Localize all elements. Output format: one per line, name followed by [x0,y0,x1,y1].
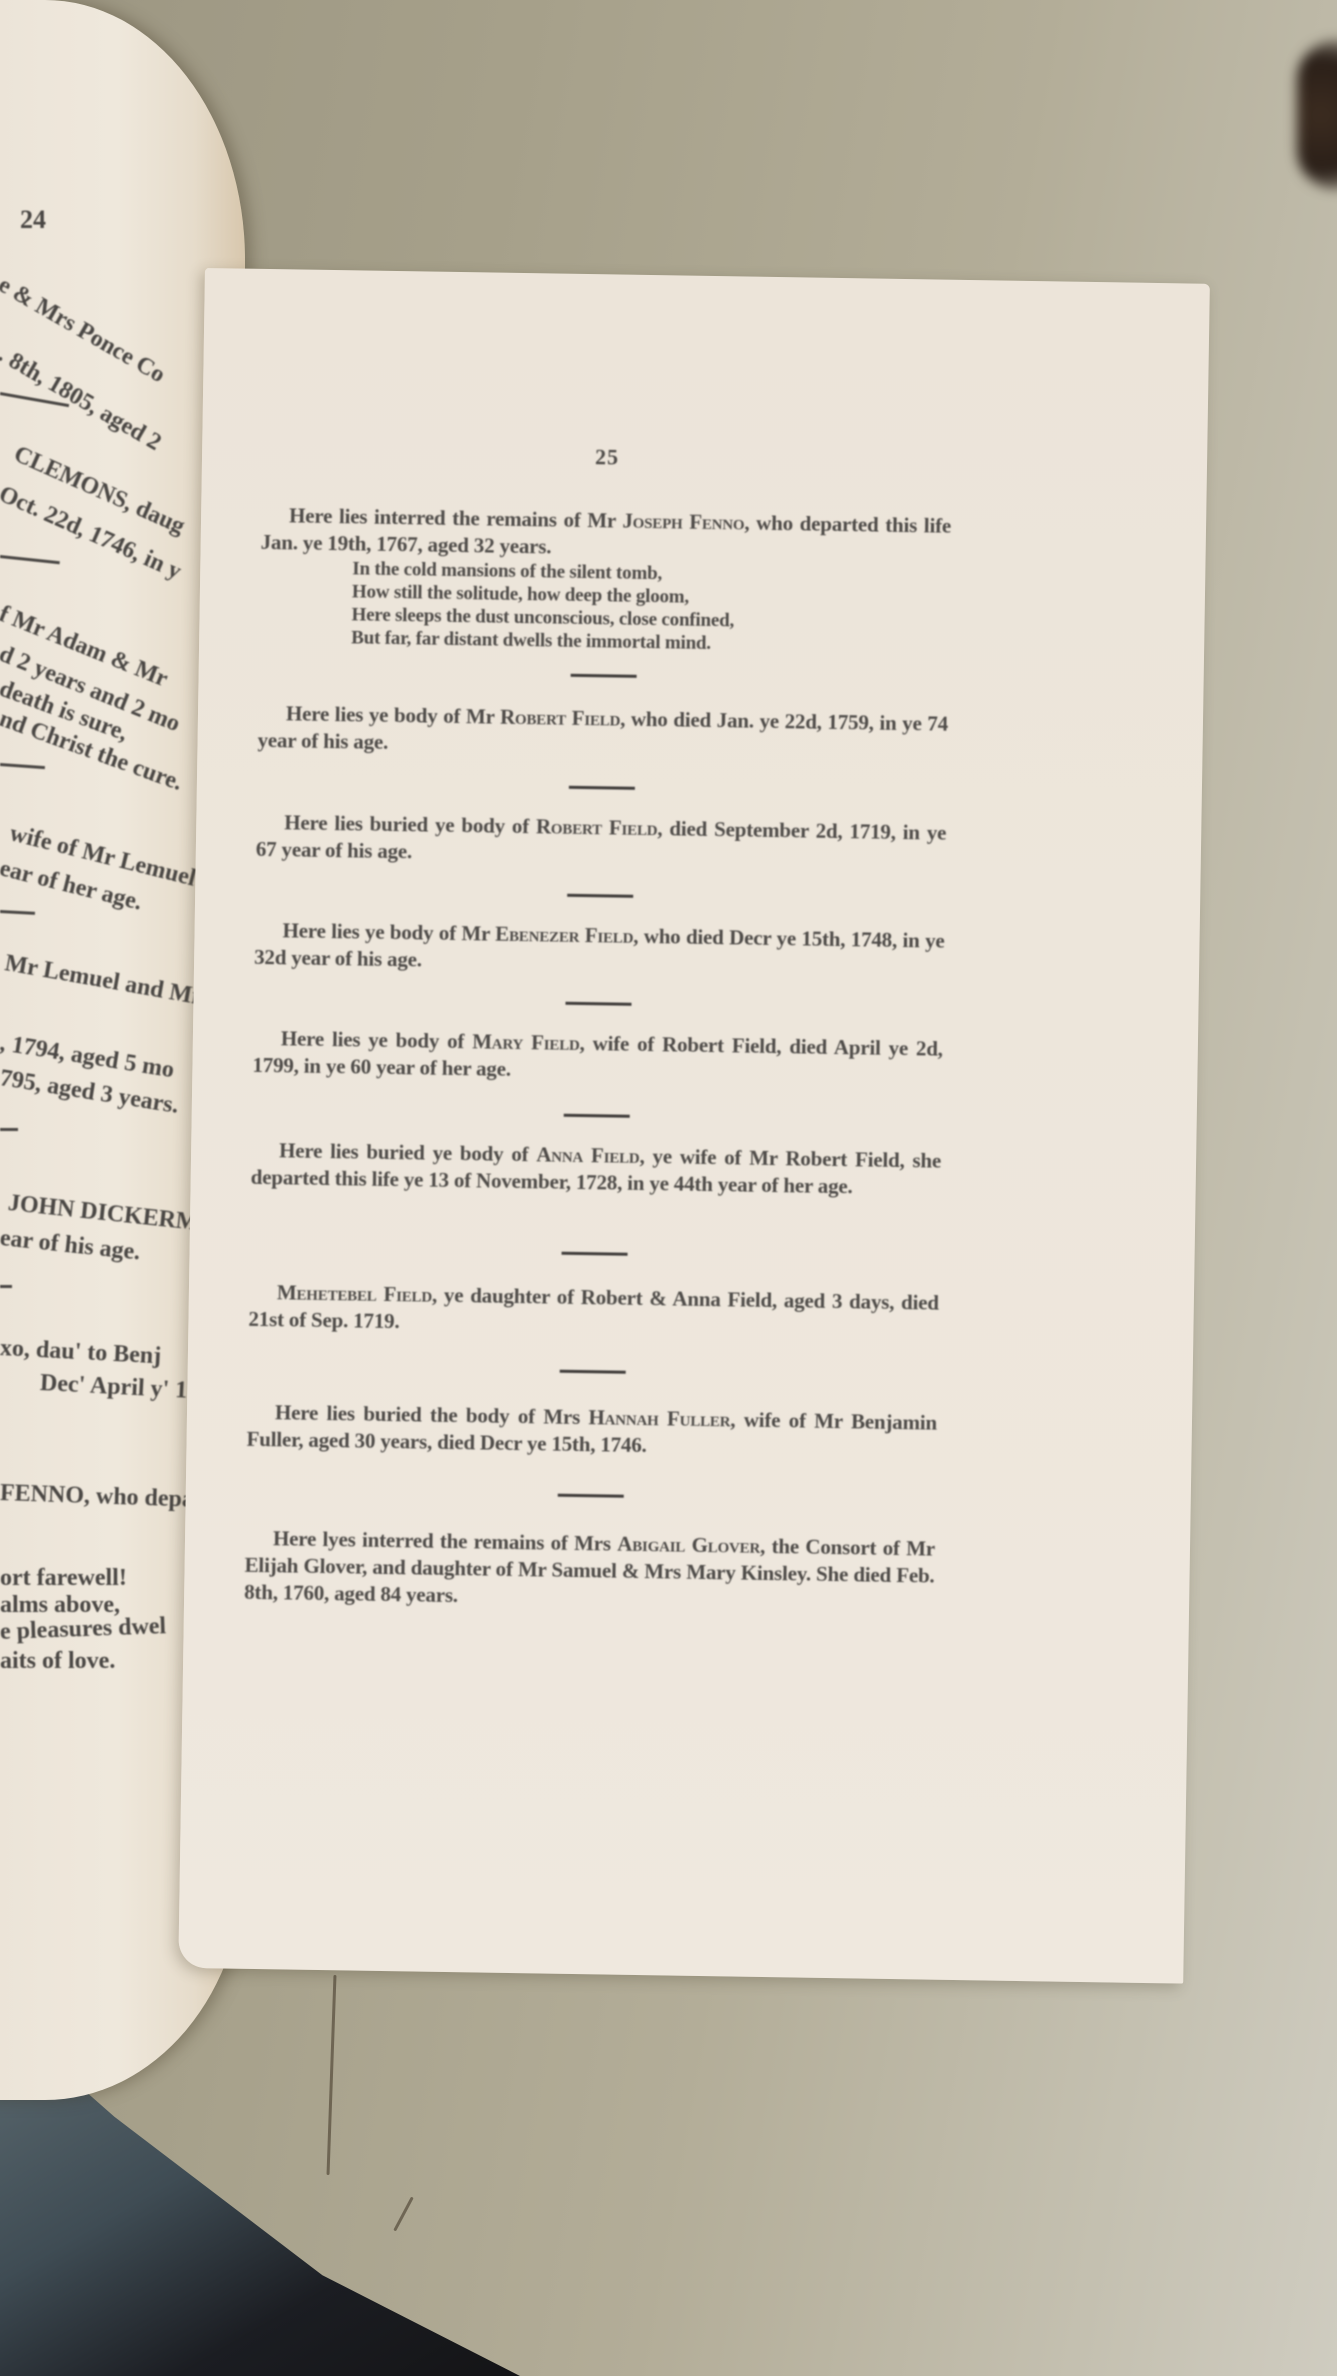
person-name: Anna Field [536,1142,640,1168]
epitaph-entry: Here lies buried ye body of Robert Field… [256,809,947,874]
right-page: 25 Here lies interred the remains of Mr … [178,268,1210,1984]
epitaph-entry: Here lies buried ye body of Anna Field, … [251,1137,942,1202]
epitaph-entry: Here lies ye body of Mr Robert Field, wh… [257,700,948,765]
left-page-text-fragment: Mr Lemuel and Mrs [3,950,214,1013]
person-name: Mehetebel Field [277,1280,432,1306]
person-name: Ebenezer Field [495,922,633,948]
epitaph-entry: Here lies buried the body of Mrs Hannah … [246,1399,937,1464]
left-page-number: 24 [20,205,46,235]
dark-object-top-right [1297,40,1337,190]
right-page-content: 25 Here lies interred the remains of Mr … [265,269,955,280]
epitaph-text: Here lies ye body of Mr Robert Field, wh… [257,700,948,765]
epitaph-text-segment: Here lies ye body of Mr [282,918,495,945]
left-page-text-fragment: ort farewell! [0,1565,127,1592]
epitaph-text-segment: Here lyes interred the remains of Mrs [273,1526,618,1555]
separator-rule [565,1002,631,1006]
epitaph-text-segment: Here lies interred the remains of Mr [289,503,623,532]
epitaph-text: Here lies buried the body of Mrs Hannah … [246,1399,937,1464]
left-page-separator-rule [0,1128,18,1131]
left-page-separator-rule [0,555,60,564]
epitaph-text-segment: Here lies buried ye body of [284,810,536,838]
epitaph-entry: Here lyes interred the remains of Mrs Ab… [244,1525,935,1617]
epitaph-entry: Here lies ye body of Mary Field, wife of… [252,1025,943,1090]
epitaph-text: Mehetebel Field, ye daughter of Robert &… [248,1279,939,1344]
epitaph-text: Here lies buried ye body of Anna Field, … [251,1137,942,1202]
epitaph-entry: Here lies ye body of Mr Ebenezer Field, … [254,917,945,982]
right-page-number: 25 [262,439,952,476]
separator-rule [558,1494,624,1498]
epitaph-verse: In the cold mansions of the silent tomb,… [351,557,950,658]
person-name: Hannah Fuller [588,1405,730,1431]
epitaph-text: Here lyes interred the remains of Mrs Ab… [244,1525,935,1617]
left-page-text-fragment: e pleasures dwel [0,1613,167,1646]
epitaph-entry: Here lies interred the remains of Mr Jos… [259,502,951,659]
epitaph-text: Here lies buried ye body of Robert Field… [256,809,947,874]
left-page-separator-rule [0,910,35,915]
person-name: Mary Field [472,1029,580,1055]
left-page-separator-rule [0,763,45,769]
epitaph-text-segment: Here lies ye body of [281,1026,473,1053]
person-name: Robert Field [536,814,658,840]
left-page-separator-rule [0,1285,12,1288]
separator-rule [571,674,637,678]
left-page-text-fragment: aits of love. [0,1648,115,1675]
left-page-text-fragment: ear of his age. [0,1225,142,1267]
left-page-text-fragment: FENNO, who depa [0,1480,194,1514]
left-page-text-fragment: xo, dau' to Benj [0,1335,162,1370]
epitaph-text: Here lies ye body of Mr Ebenezer Field, … [254,917,945,982]
separator-rule [569,786,635,790]
epitaph-text-segment: Here lies buried the body of Mrs [275,1400,589,1429]
person-name: Abigail Glover [617,1532,760,1558]
surface-scratch [327,1975,337,2175]
epitaph-text-segment: Here lies buried ye body of [279,1138,537,1166]
separator-rule [560,1370,626,1374]
person-name: Robert Field [500,705,621,731]
person-name: Joseph Fenno [622,509,744,535]
separator-rule [567,894,633,898]
surface-scratch [393,2197,413,2232]
separator-rule [564,1114,630,1118]
epitaph-entry: Mehetebel Field, ye daughter of Robert &… [248,1279,939,1344]
left-page-text-fragment: Dec' April y' 1 [39,1370,188,1405]
epitaph-text: Here lies ye body of Mary Field, wife of… [252,1025,943,1090]
epitaph-text-segment: Here lies ye body of Mr [286,701,500,728]
separator-rule [562,1252,628,1256]
